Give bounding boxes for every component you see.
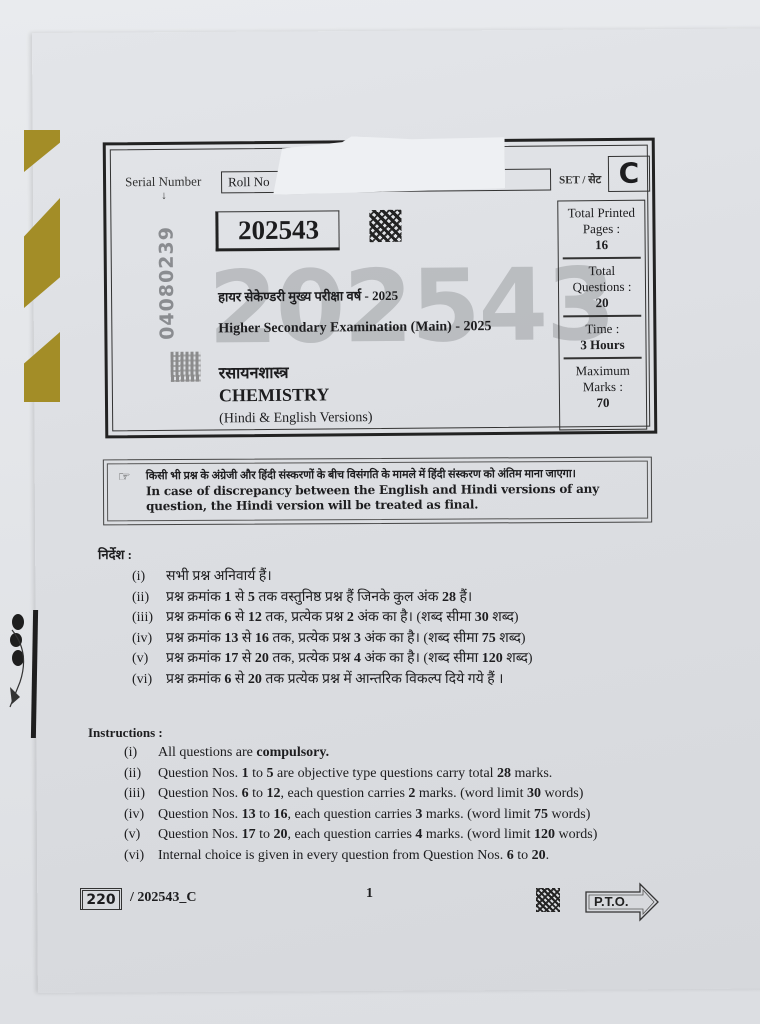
- versions-note: (Hindi & English Versions): [219, 410, 372, 427]
- list-item: (ii)Question Nos. 1 to 5 are objective t…: [124, 766, 597, 787]
- floral-ornament-icon: [6, 612, 32, 712]
- page-footer: 220 / 202543_C 1 P.T.O.: [80, 886, 660, 926]
- set-label: SET / सेट: [559, 172, 601, 187]
- item-number: (iii): [132, 610, 166, 626]
- datamatrix-code-icon: [536, 888, 560, 912]
- subject-hindi: रसायनशास्त्र: [219, 361, 289, 384]
- item-number: (v): [132, 651, 166, 667]
- list-item: (i)All questions are compulsory.: [124, 745, 597, 766]
- exam-header-inner: 202543 Serial Number ↓ 04080239 Roll No …: [110, 145, 650, 432]
- item-number: (v): [124, 827, 158, 843]
- list-item: (iv)प्रश्न क्रमांक 13 से 16 तक, प्रत्येक…: [132, 628, 533, 649]
- item-text: सभी प्रश्न अनिवार्य हैं।: [166, 569, 272, 584]
- covering-tape: [273, 135, 505, 195]
- datamatrix-code-icon: [171, 352, 201, 382]
- serial-number: 04080239: [155, 226, 178, 340]
- list-item: (v)प्रश्न क्रमांक 17 से 20 तक, प्रत्येक …: [132, 648, 533, 669]
- item-text: प्रश्न क्रमांक 6 से 12 तक, प्रत्येक प्रश…: [166, 610, 519, 625]
- list-item: (v)Question Nos. 17 to 20, each question…: [124, 827, 597, 848]
- language-notice-box: ☞ किसी भी प्रश्न के अंग्रेजी और हिंदी सं…: [103, 457, 652, 526]
- item-number: (ii): [124, 766, 158, 782]
- list-item: (i)सभी प्रश्न अनिवार्य हैं।: [132, 566, 533, 587]
- info-time: Time : 3 Hours: [563, 317, 641, 360]
- list-item: (iii)प्रश्न क्रमांक 6 से 12 तक, प्रत्येक…: [132, 607, 533, 628]
- notice-english: In case of discrepancy between the Engli…: [146, 482, 639, 515]
- item-number: (ii): [132, 590, 166, 606]
- item-text: Question Nos. 1 to 5 are objective type …: [158, 766, 552, 781]
- info-value: 16: [565, 237, 639, 254]
- item-number: (i): [124, 745, 158, 761]
- item-number: (i): [132, 569, 166, 585]
- list-item: (iv)Question Nos. 13 to 16, each questio…: [124, 807, 597, 828]
- code-badge: 220: [80, 888, 122, 910]
- info-label: Total Printed Pages :: [568, 205, 635, 236]
- footer-paper-code: / 202543_C: [130, 890, 197, 906]
- info-label: Total Questions :: [572, 263, 631, 294]
- datamatrix-code-icon: [369, 210, 401, 242]
- exam-title-english: Higher Secondary Examination (Main) - 20…: [218, 319, 491, 337]
- info-value: 20: [565, 295, 639, 312]
- item-number: (iii): [124, 786, 158, 802]
- instructions-list: (i)All questions are compulsory. (ii)Que…: [124, 745, 597, 868]
- code-badge-text: 220: [82, 890, 120, 910]
- info-total-pages: Total Printed Pages : 16: [562, 201, 641, 260]
- subject-english: CHEMISTRY: [219, 384, 330, 406]
- item-text: All questions are compulsory.: [158, 745, 329, 760]
- list-item: (vi)Internal choice is given in every qu…: [124, 848, 597, 869]
- language-notice-inner: ☞ किसी भी प्रश्न के अंग्रेजी और हिंदी सं…: [107, 461, 648, 522]
- page-number: 1: [366, 886, 373, 902]
- item-number: (vi): [124, 848, 158, 864]
- paper-code-watermark: 202543: [208, 246, 614, 367]
- info-value: 70: [566, 395, 640, 412]
- pointing-hand-icon: ☞: [118, 469, 131, 486]
- item-text: Question Nos. 17 to 20, each question ca…: [158, 827, 597, 842]
- instructions-title: Instructions :: [88, 725, 163, 741]
- down-arrow-icon: ↓: [161, 190, 167, 202]
- list-item: (vi)प्रश्न क्रमांक 6 से 20 तक प्रत्येक प…: [132, 669, 533, 690]
- roll-number-label: Roll No: [228, 174, 270, 189]
- exam-info-box: Total Printed Pages : 16 Total Questions…: [557, 200, 647, 431]
- info-value: 3 Hours: [565, 337, 639, 354]
- item-number: (iv): [132, 631, 166, 647]
- item-text: प्रश्न क्रमांक 1 से 5 तक वस्तुनिष्ठ प्रश…: [166, 590, 472, 605]
- exam-header-box: 202543 Serial Number ↓ 04080239 Roll No …: [103, 138, 658, 439]
- info-label: Time :: [585, 321, 619, 336]
- serial-number-label: Serial Number: [125, 174, 201, 191]
- pto-button[interactable]: P.T.O.: [584, 882, 660, 922]
- item-text: प्रश्न क्रमांक 13 से 16 तक, प्रत्येक प्र…: [166, 631, 526, 646]
- list-item: (ii)प्रश्न क्रमांक 1 से 5 तक वस्तुनिष्ठ …: [132, 587, 533, 608]
- item-number: (vi): [132, 672, 166, 688]
- item-text: Question Nos. 13 to 16, each question ca…: [158, 807, 590, 822]
- info-total-questions: Total Questions : 20: [563, 259, 642, 318]
- paper-code: 202543: [215, 210, 339, 251]
- item-text: Internal choice is given in every questi…: [158, 848, 549, 863]
- set-value: C: [608, 156, 650, 192]
- info-label: Maximum Marks :: [576, 363, 630, 394]
- item-text: प्रश्न क्रमांक 17 से 20 तक, प्रत्येक प्र…: [166, 651, 533, 666]
- pto-label: P.T.O.: [594, 894, 628, 909]
- exam-title-hindi: हायर सेकेण्डरी मुख्य परीक्षा वर्ष - 2025: [218, 286, 398, 306]
- list-item: (iii)Question Nos. 6 to 12, each questio…: [124, 786, 597, 807]
- nirdesh-title: निर्देश :: [98, 545, 132, 563]
- item-number: (iv): [124, 807, 158, 823]
- item-text: प्रश्न क्रमांक 6 से 20 तक प्रत्येक प्रश्…: [166, 672, 503, 687]
- item-text: Question Nos. 6 to 12, each question car…: [158, 786, 583, 801]
- info-max-marks: Maximum Marks : 70: [564, 359, 642, 416]
- nirdesh-list: (i)सभी प्रश्न अनिवार्य हैं। (ii)प्रश्न क…: [132, 566, 533, 689]
